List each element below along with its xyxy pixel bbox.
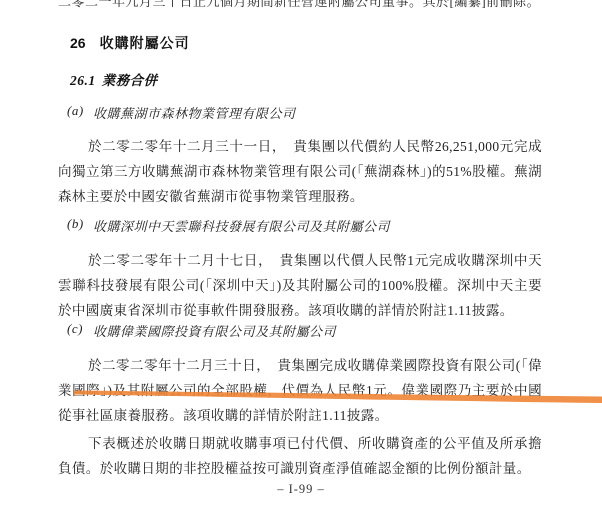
- item-a-paragraph: 於二零二零年十二月三十一日， 貴集團以代價約人民幣26,251,000元完成向獨…: [58, 134, 542, 209]
- item-b-paragraph: 於二零二零年十二月十七日， 貴集團以代價人民幣1元完成收購深圳中天雲聯科技發展有…: [58, 248, 542, 323]
- closing-paragraph: 下表概述於收購日期就收購事項已付代價、所收購資產的公平值及所承擔負債。於收購日期…: [58, 431, 542, 481]
- section-title: 收購附屬公司: [100, 35, 190, 51]
- item-a-heading: (a) 收購蕪湖市森林物業管理有限公司: [67, 103, 296, 122]
- item-a-title: 收購蕪湖市森林物業管理有限公司: [93, 103, 296, 122]
- item-c-heading: (c) 收購偉業國際投資有限公司及其附屬公司: [67, 321, 336, 340]
- item-c-label: (c): [67, 321, 93, 340]
- item-c-title: 收購偉業國際投資有限公司及其附屬公司: [93, 321, 336, 340]
- item-b-label: (b): [67, 216, 93, 235]
- top-partial-text-line: 二零二一年九月三十日止九個月期間新任營運附屬公司董事。其於[編纂]前刪除。: [58, 0, 542, 10]
- subsection-title: 業務合併: [102, 73, 158, 88]
- item-b-heading: (b) 收購深圳中天雲聯科技發展有限公司及其附屬公司: [67, 216, 390, 235]
- section-heading-26: 26收購附屬公司: [70, 33, 190, 53]
- item-b-title: 收購深圳中天雲聯科技發展有限公司及其附屬公司: [93, 216, 390, 235]
- item-c-paragraph: 於二零二零年十二月三十日， 貴集團完成收購偉業國際投資有限公司(「偉業國際」)及…: [58, 353, 542, 428]
- section-number: 26: [70, 35, 86, 51]
- subsection-number: 26.1: [70, 73, 96, 88]
- item-a-label: (a): [67, 103, 93, 122]
- page-number: – I-99 –: [0, 482, 602, 497]
- subsection-heading-26-1: 26.1業務合併: [70, 69, 158, 89]
- document-page: 二零二一年九月三十日止九個月期間新任營運附屬公司董事。其於[編纂]前刪除。 26…: [0, 0, 602, 514]
